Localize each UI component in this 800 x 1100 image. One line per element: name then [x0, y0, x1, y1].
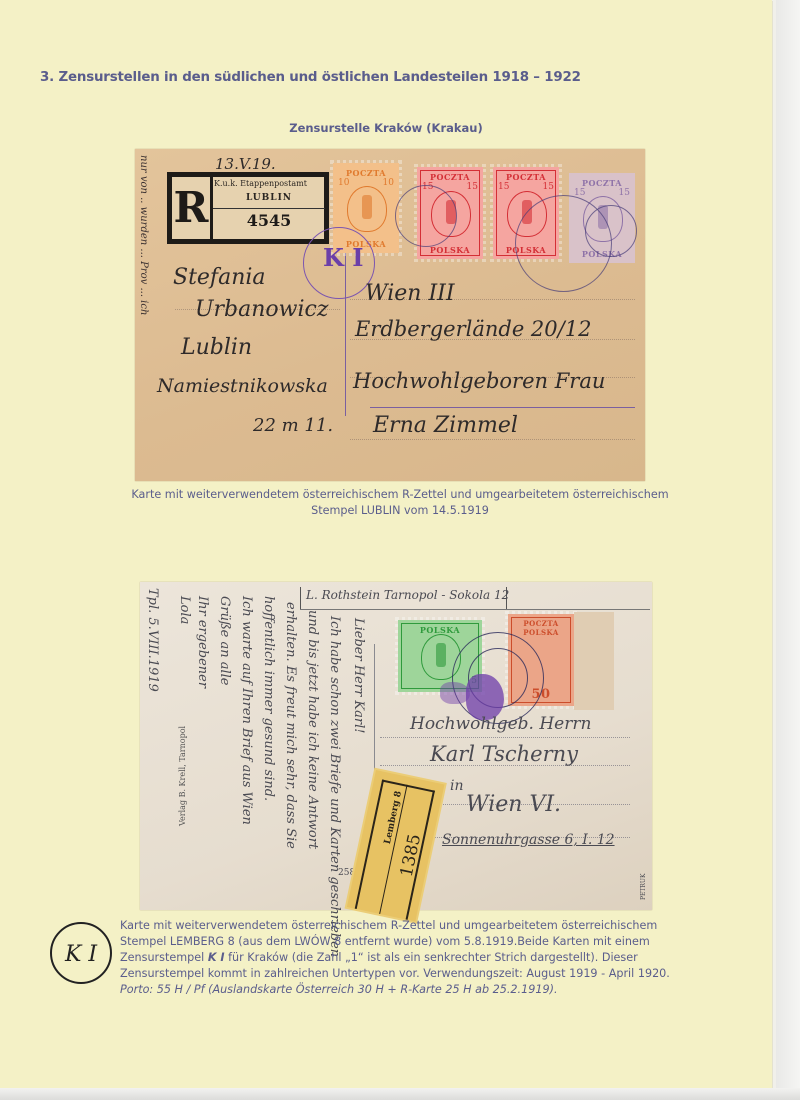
- registration-label-lemberg: Lemberg 8 1385: [347, 770, 445, 921]
- stamp-country: POCZTA: [333, 168, 399, 178]
- date-note: Tpl. 5.VIII.1919: [145, 588, 160, 692]
- reg-number: 4545: [214, 211, 324, 230]
- registration-label: R K.u.k. Etappenpostamt LUBLIN 4545: [167, 172, 329, 244]
- caption-line: Karte mit weiterverwendetem österreichis…: [120, 918, 720, 934]
- sender-line: Stefania: [173, 265, 266, 290]
- postcard-lemberg: L. Rothstein Tarnopol - Sokola 12 Verlag…: [140, 582, 652, 910]
- recipient-line: Sonnenuhrgasse 6, I. 12: [442, 832, 615, 848]
- recipient-line: in: [450, 778, 464, 794]
- card-top-rule: [300, 609, 650, 610]
- stamp-value: 15: [498, 182, 509, 192]
- caption-card1: Karte mit weiterverwendetem österreichis…: [100, 487, 700, 519]
- stamp-value: 15: [543, 182, 554, 192]
- publisher-imprint: Verlag B. Krell, Tarnopol: [178, 726, 187, 826]
- censor-stamp-k1: K I: [323, 243, 363, 272]
- caption-text: für Kraków (die Zahl „1“ ist als ein sen…: [225, 951, 638, 964]
- recipient-line: Erna Zimmel: [373, 413, 518, 438]
- stamp-country: POCZTA: [569, 178, 635, 188]
- stamp-sheet-margin: [574, 612, 614, 710]
- caption-text: Zensurstempel: [120, 951, 208, 964]
- stamp-value: 10: [383, 178, 394, 188]
- stamp-value: 10: [338, 178, 349, 188]
- recipient-line: Wien VI.: [466, 792, 561, 817]
- reg-separator: [213, 208, 325, 209]
- recipient-line: Hochwohlgeboren Frau: [353, 369, 605, 393]
- date-note: 13.V.19.: [215, 155, 276, 173]
- postcard-lublin: 13.V.19. nur von .. wurden ... Prov ... …: [135, 149, 645, 481]
- reg-office-line: K.u.k. Etappenpostamt: [214, 179, 307, 188]
- caption-line: Stempel LUBLIN vom 14.5.1919: [100, 503, 700, 519]
- page-title: 3. Zensurstellen in den südlichen und ös…: [40, 70, 581, 85]
- stamp-country: POCZTA: [493, 172, 559, 182]
- stamp-country: POCZTA POLSKA: [508, 619, 574, 637]
- message-line: Ich habe schon zwei Briefe und Karten ge…: [327, 616, 342, 957]
- sender-line: Namiestnikowska: [157, 375, 328, 397]
- recipient-line: Erdbergerlände 20/12: [355, 317, 591, 341]
- message-line: erhalten. Es freut mich sehr, dass Sie: [283, 602, 298, 849]
- recipient-line: Hochwohlgeb. Herrn: [410, 714, 591, 734]
- reg-town: LUBLIN: [214, 193, 324, 203]
- recipient-line: Karl Tscherny: [430, 742, 578, 766]
- message-line: Lola: [177, 596, 192, 624]
- caption-card2: Karte mit weiterverwendetem österreichis…: [120, 918, 720, 998]
- section-subtitle: Zensurstelle Kraków (Krakau): [0, 121, 772, 135]
- censor-mark-label: K I: [208, 951, 225, 964]
- scanner-edge-bottom: [0, 1088, 800, 1100]
- postmark-cancel: [585, 205, 637, 257]
- printer-imprint: PETRUK: [640, 874, 647, 900]
- message-line: Lieber Herr Karl!: [351, 618, 366, 734]
- message-line: Grüße an alle: [217, 596, 232, 686]
- postage-note: Porto: 55 H / Pf (Auslandskarte Österrei…: [120, 983, 558, 996]
- caption-line: Zensurstempel K I für Kraków (die Zahl „…: [120, 950, 720, 966]
- address-line: [350, 439, 635, 440]
- sender-line: Urbanowicz: [195, 297, 328, 322]
- message-line: Ihr ergebener: [195, 596, 210, 688]
- address-line: [380, 737, 630, 738]
- censor-stamp-k1-ink: [440, 682, 470, 704]
- margin-k1-mark: K I: [50, 922, 112, 984]
- caption-line: Stempel LEMBERG 8 (aus dem LWÓW 8 entfer…: [120, 934, 720, 950]
- caption-line: Karte mit weiterverwendetem österreichis…: [100, 487, 700, 503]
- message-line: Ich warte auf Ihren Brief aus Wien: [239, 596, 254, 825]
- address-underline: [370, 407, 635, 408]
- sender-address: L. Rothstein Tarnopol - Sokola 12: [306, 588, 509, 602]
- message-line: und bis jetzt habe ich keine Antwort: [305, 610, 320, 849]
- registration-letter: R: [172, 177, 213, 239]
- eagle-emblem-icon: [347, 186, 387, 232]
- postmark-cancel: [395, 185, 457, 247]
- message-line: hoffentlich immer gesund sind.: [261, 596, 276, 801]
- recipient-line: Wien III: [365, 281, 455, 306]
- stamp-country: POCZTA: [417, 172, 483, 182]
- sender-line: 22 m 11.: [253, 415, 333, 436]
- stamp-value: 15: [467, 182, 478, 192]
- scanner-edge: [776, 0, 800, 1100]
- stamp-value: 15: [619, 188, 630, 198]
- sender-line: Lublin: [181, 335, 252, 360]
- side-note: nur von .. wurden ... Prov ... ich: [138, 155, 149, 315]
- caption-line: Zensurstempel kommt in zahlreichen Unter…: [120, 966, 720, 982]
